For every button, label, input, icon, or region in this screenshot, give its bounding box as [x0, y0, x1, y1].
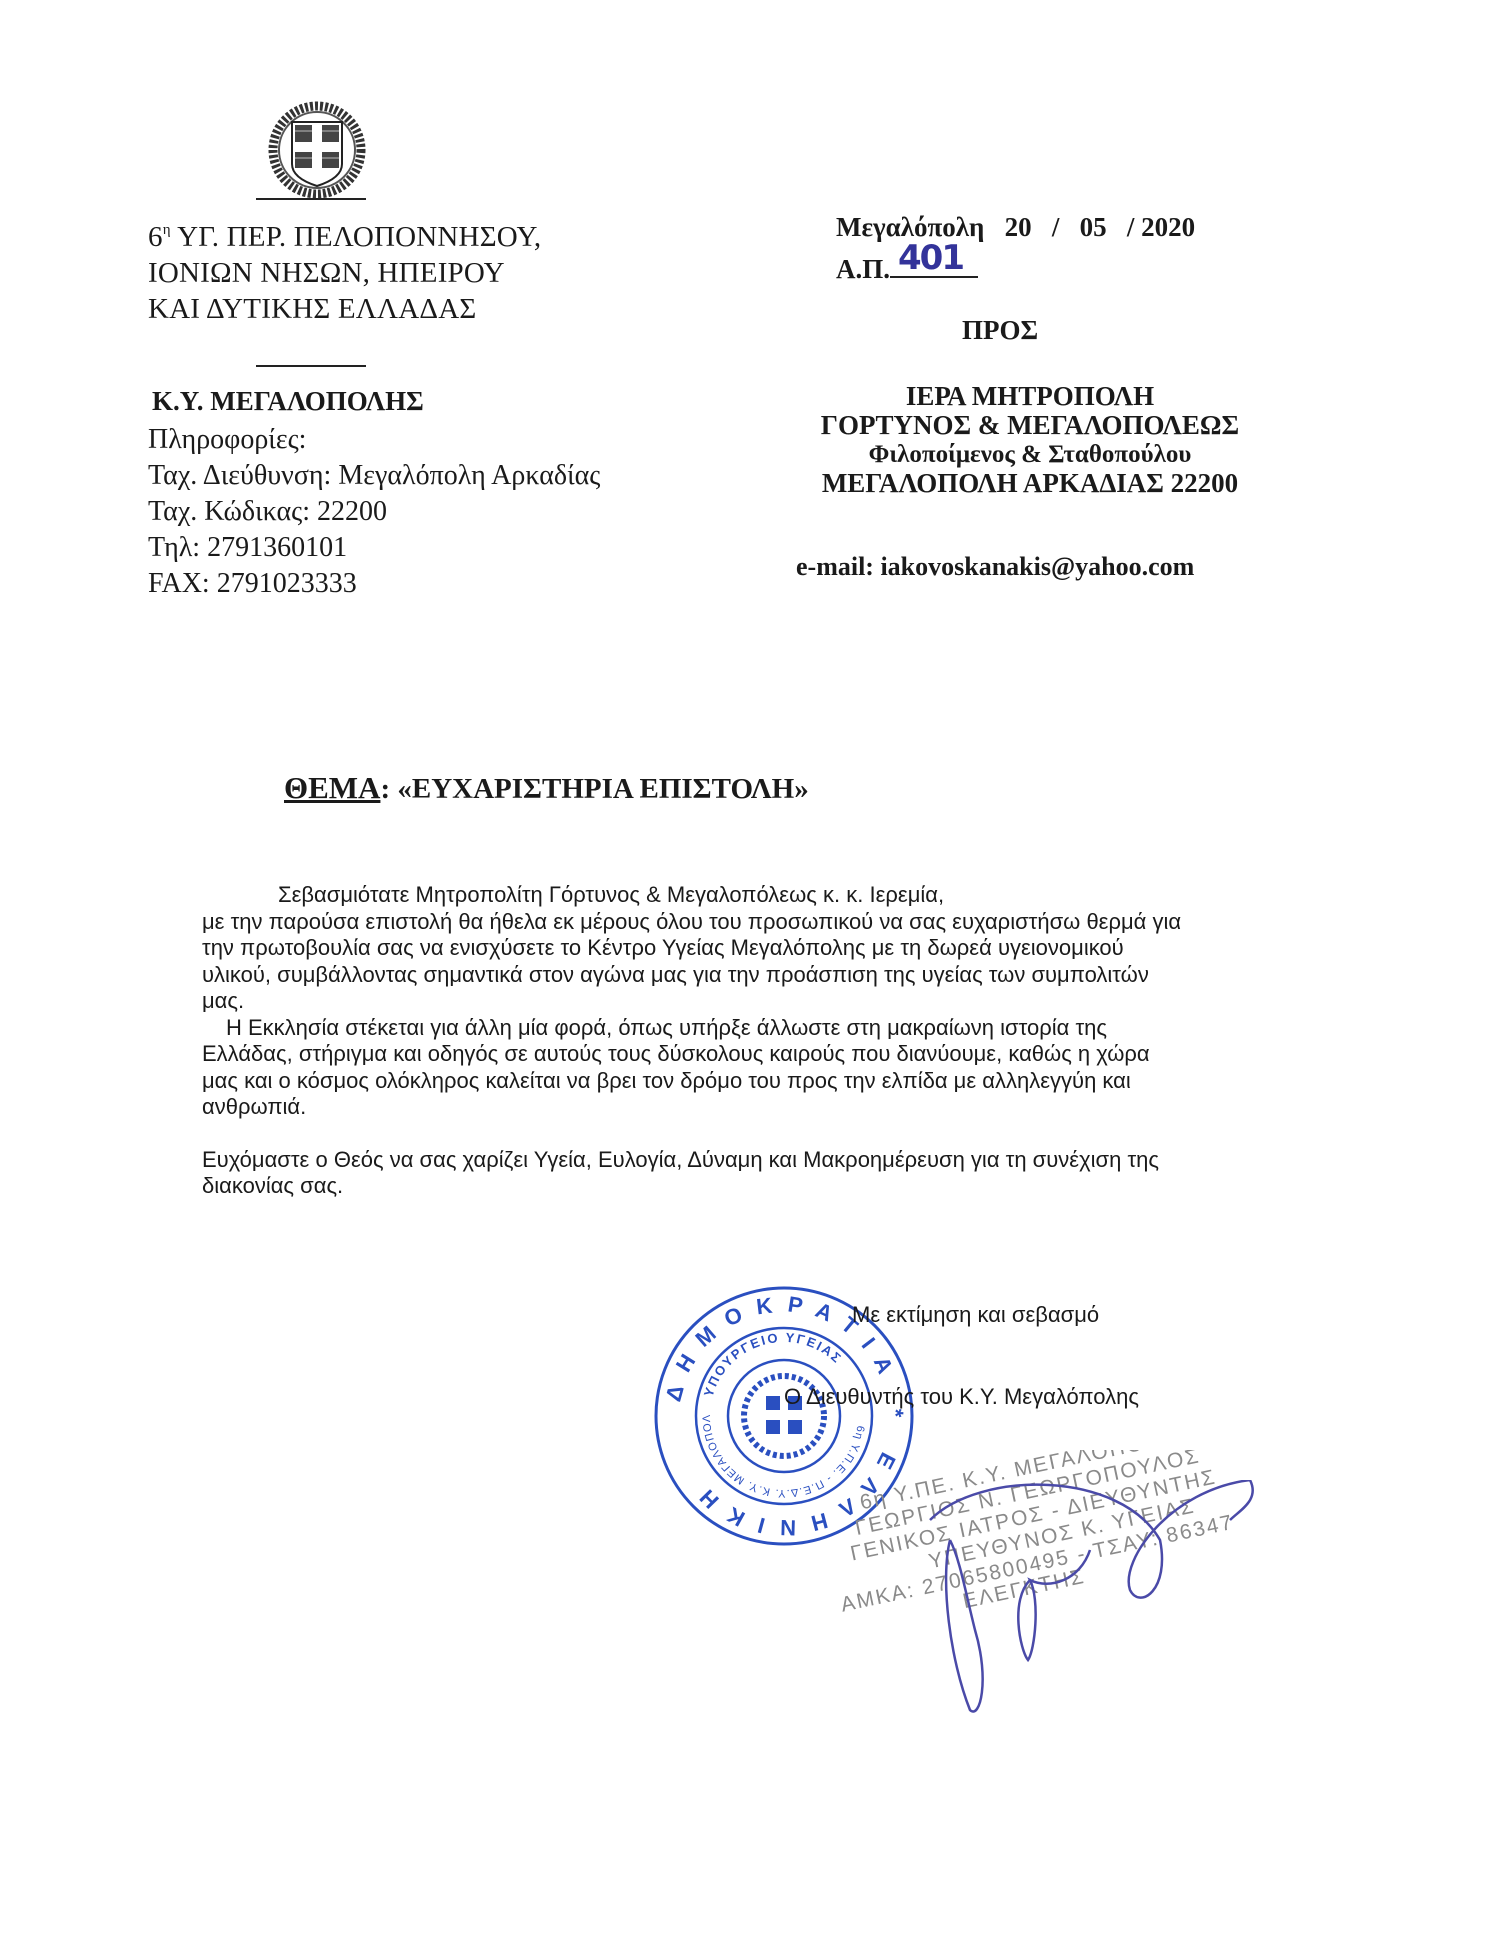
recipient-line-4: ΜΕΓΑΛΟΠΟΛΗ ΑΡΚΑΔΙΑΣ 22200 — [790, 469, 1270, 498]
org-line-1: 6η ΥΓ. ΠΕΡ. ΠΕΛΟΠΟΝΝΗΣΟΥ, — [148, 212, 541, 255]
recipient-line-3: Φιλοποίμενος & Σταθοπούλου — [790, 440, 1270, 469]
sender-organization: 6η ΥΓ. ΠΕΡ. ΠΕΛΟΠΟΝΝΗΣΟΥ, ΙΟΝΙΩΝ ΝΗΣΩΝ, … — [148, 212, 541, 327]
org-line-3: ΚΑΙ ΔΥΤΙΚΗΣ ΕΛΛΑΔΑΣ — [148, 291, 541, 327]
protocol-number-handwritten: 401 — [898, 238, 963, 278]
sender-address: Ταχ. Διεύθυνση: Μεγαλόπολη Αρκαδίας — [148, 458, 600, 494]
date-line: Μεγαλόπολη 20 / 05 / 2020 — [836, 212, 1195, 243]
divider — [256, 365, 366, 367]
info-label: Πληροφορίες: — [148, 422, 600, 458]
body-paragraph-2: Η Εκκλησία στέκεται για άλλη μία φορά, ό… — [202, 1015, 1182, 1121]
handwritten-signature — [920, 1480, 1260, 1730]
subject-label: ΘΕΜΑ — [284, 770, 380, 805]
subject-colon: : — [380, 773, 390, 805]
sender-postal-code: Ταχ. Κώδικας: 22200 — [148, 494, 600, 530]
body-paragraph-3: Ευχόμαστε ο Θεός να σας χαρίζει Υγεία, Ε… — [202, 1147, 1182, 1200]
salutation: Σεβασμιότατε Μητροπολίτη Γόρτυνος & Μεγα… — [202, 882, 1182, 909]
sender-phone: Τηλ: 2791360101 — [148, 530, 600, 566]
protocol-line: Α.Π.401 — [836, 250, 978, 285]
protocol-label: Α.Π. — [836, 254, 890, 284]
letter-body: Σεβασμιότατε Μητροπολίτη Γόρτυνος & Μεγα… — [202, 882, 1182, 1200]
recipient-line-1: ΙΕΡΑ ΜΗΤΡΟΠΟΛΗ — [790, 382, 1270, 411]
protocol-number-field: 401 — [890, 250, 978, 278]
sender-contact-info: Πληροφορίες: Ταχ. Διεύθυνση: Μεγαλόπολη … — [148, 422, 600, 602]
sender-fax: FAX: 2791023333 — [148, 566, 600, 602]
greek-coat-of-arms-icon — [262, 98, 372, 208]
subject-title: «ΕΥΧΑΡΙΣΤΗΡΙΑ ΕΠΙΣΤΟΛΗ» — [390, 773, 809, 805]
body-paragraph-1: με την παρούσα επιστολή θα ήθελα εκ μέρο… — [202, 909, 1182, 1015]
org-line-2: ΙΟΝΙΩΝ ΝΗΣΩΝ, ΗΠΕΙΡΟΥ — [148, 255, 541, 291]
sender-unit: Κ.Υ. ΜΕΓΑΛΟΠΟΛΗΣ — [152, 386, 424, 417]
closing-regards: Με εκτίμηση και σεβασμό — [852, 1302, 1099, 1328]
recipient-label: ΠΡΟΣ — [962, 315, 1038, 346]
recipient-line-2: ΓΟΡΤΥΝΟΣ & ΜΕΓΑΛΟΠΟΛΕΩΣ — [790, 411, 1270, 440]
divider — [256, 198, 366, 200]
subject-line: ΘΕΜΑ: «ΕΥΧΑΡΙΣΤΗΡΙΑ ΕΠΙΣΤΟΛΗ» — [284, 770, 809, 806]
signer-title: Ο Διευθυντής του Κ.Υ. Μεγαλόπολης — [784, 1384, 1139, 1410]
recipient-email: e-mail: iakovoskanakis@yahoo.com — [796, 552, 1194, 582]
recipient-address: ΙΕΡΑ ΜΗΤΡΟΠΟΛΗ ΓΟΡΤΥΝΟΣ & ΜΕΓΑΛΟΠΟΛΕΩΣ Φ… — [790, 382, 1270, 498]
